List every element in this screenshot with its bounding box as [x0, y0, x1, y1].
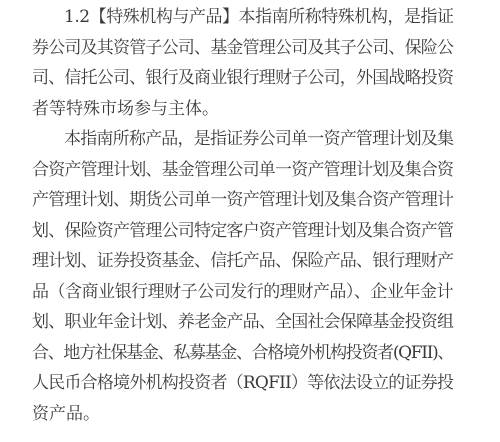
line-text: 理计划、证券投资基金、信托产品、保险产品、银行理财产 — [32, 245, 453, 277]
text-line: 合资产管理计划、基金管理公司单一资产管理计划及集合资 — [32, 154, 453, 186]
text-line: 司、信托公司、银行及商业银行理财子公司，外国战略投资 — [32, 62, 453, 94]
text-line: 合、地方社保基金、私募基金、合格境外机构投资者(QFII)、 — [32, 337, 453, 369]
text-line: 1.2【特殊机构与产品】本指南所称特殊机构，是指证 — [64, 1, 454, 33]
line-text: 1.2【特殊机构与产品】本指南所称特殊机构，是指证 — [64, 1, 454, 33]
line-text: 资产品。 — [32, 398, 100, 430]
line-text: 划、职业年金计划、养老金产品、全国社会保障基金投资组 — [32, 306, 453, 338]
line-text: 人民币合格境外机构投资者（RQFII）等依法设立的证券投 — [32, 367, 453, 399]
line-text: 券公司及其资管子公司、基金管理公司及其子公司、保险公 — [32, 32, 453, 64]
text-line: 人民币合格境外机构投资者（RQFII）等依法设立的证券投 — [32, 367, 453, 399]
line-text: 司、信托公司、银行及商业银行理财子公司，外国战略投资 — [32, 62, 453, 94]
text-line: 理计划、证券投资基金、信托产品、保险产品、银行理财产 — [32, 245, 453, 277]
text-line: 券公司及其资管子公司、基金管理公司及其子公司、保险公 — [32, 32, 453, 64]
line-text: 合、地方社保基金、私募基金、合格境外机构投资者(QFII)、 — [32, 337, 453, 369]
line-text: 划、保险资产管理公司特定客户资产管理计划及集合资产管 — [32, 215, 453, 247]
text-line: 品（含商业银行理财子公司发行的理财产品）、企业年金计 — [32, 276, 453, 308]
text-line: 本指南所称产品，是指证券公司单一资产管理计划及集 — [64, 123, 453, 155]
text-line: 划、保险资产管理公司特定客户资产管理计划及集合资产管 — [32, 215, 453, 247]
line-text: 品（含商业银行理财子公司发行的理财产品）、企业年金计 — [32, 276, 453, 308]
text-line: 产管理计划、期货公司单一资产管理计划及集合资产管理计 — [32, 184, 453, 216]
line-text: 产管理计划、期货公司单一资产管理计划及集合资产管理计 — [32, 184, 453, 216]
line-text: 本指南所称产品，是指证券公司单一资产管理计划及集 — [64, 123, 453, 155]
line-text: 者等特殊市场参与主体。 — [32, 93, 219, 125]
text-line: 划、职业年金计划、养老金产品、全国社会保障基金投资组 — [32, 306, 453, 338]
line-text: 合资产管理计划、基金管理公司单一资产管理计划及集合资 — [32, 154, 453, 186]
text-line: 者等特殊市场参与主体。 — [32, 93, 219, 125]
text-line: 资产品。 — [32, 398, 100, 430]
